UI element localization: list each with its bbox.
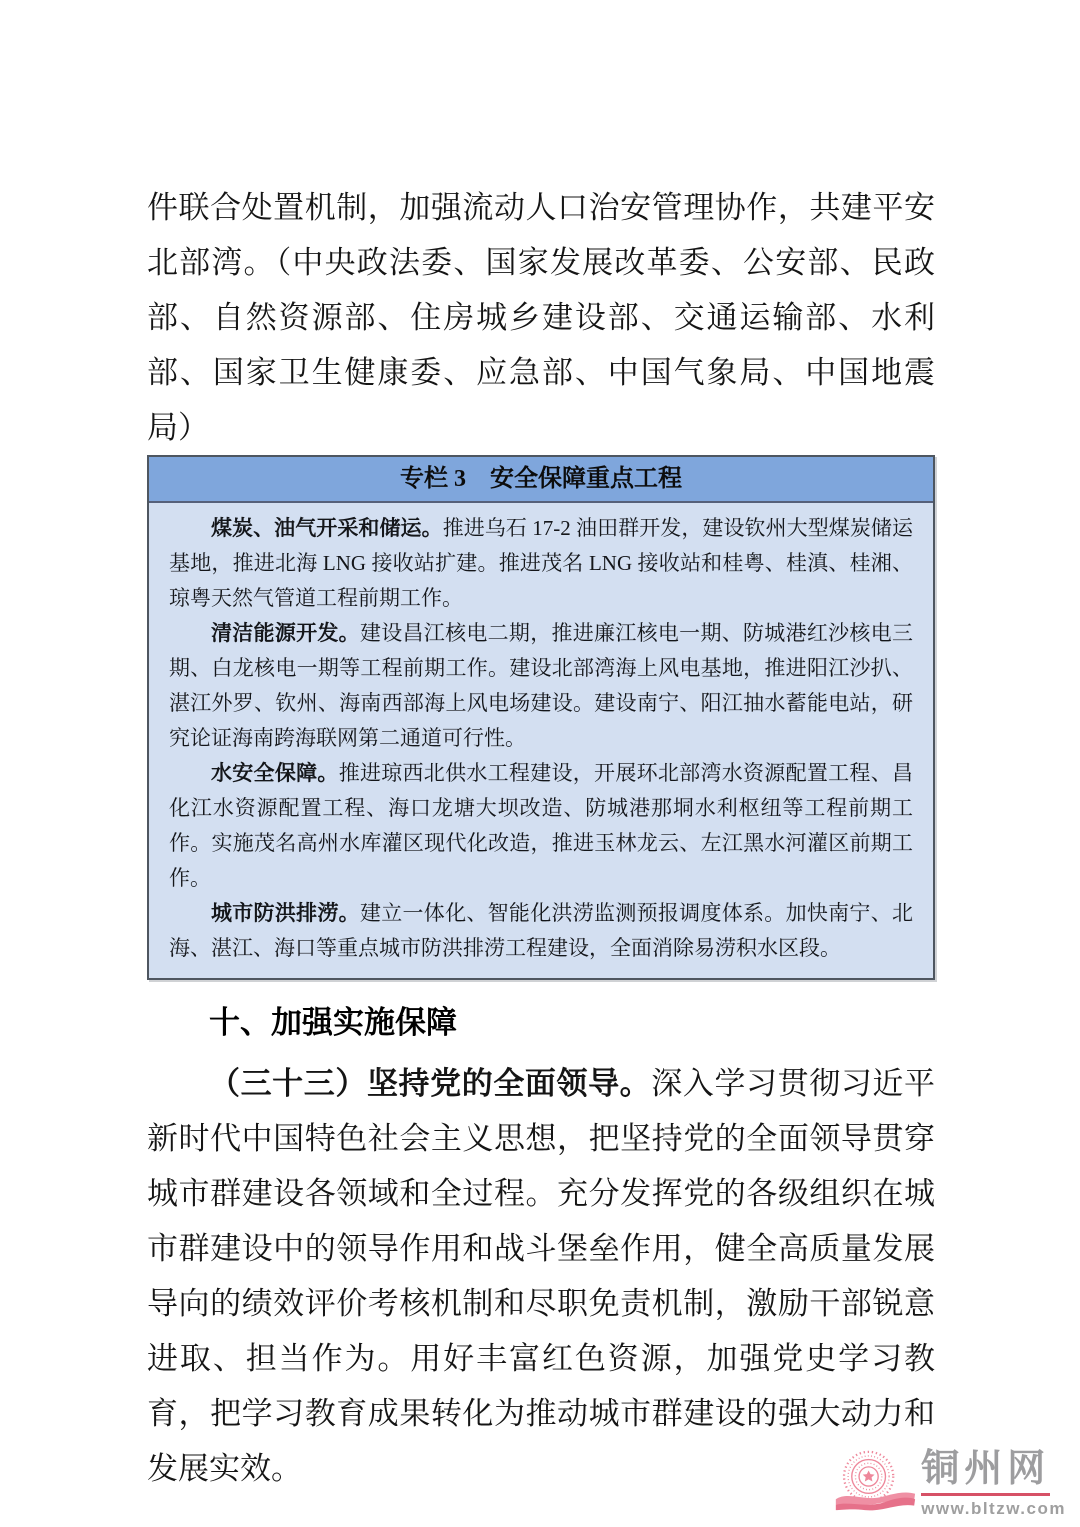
highlight-box-title: 专栏 3 安全保障重点工程 [149, 457, 933, 503]
box-paragraph-coal-oil-gas: 煤炭、油气开采和储运。推进乌石 17-2 油田群开发，建设钦州大型煤炭储运基地，… [169, 511, 913, 616]
highlight-box-safety-projects: 专栏 3 安全保障重点工程 煤炭、油气开采和储运。推进乌石 17-2 油田群开发… [147, 455, 935, 980]
intro-paragraph: 件联合处置机制，加强流动人口治安管理协作，共建平安北部湾。（中央政法委、国家发展… [147, 180, 935, 455]
closing-paragraph-text: 深入学习贯彻习近平新时代中国特色社会主义思想，把坚持党的全面领导贯穿城市群建设各… [147, 1066, 935, 1486]
watermark-site-url: www.bltzw.com [921, 1498, 1066, 1519]
site-watermark: 铜州网 www.bltzw.com [834, 1448, 1066, 1519]
box-paragraph-lead: 城市防洪排涝。 [211, 901, 360, 925]
document-page-content: 件联合处置机制，加强流动人口治安管理协作，共建平安北部湾。（中央政法委、国家发展… [147, 180, 935, 1496]
box-paragraph-lead: 水安全保障。 [211, 761, 339, 785]
closing-paragraph: （三十三）坚持党的全面领导。深入学习贯彻习近平新时代中国特色社会主义思想，把坚持… [147, 1056, 935, 1496]
box-paragraph-lead: 清洁能源开发。 [211, 621, 360, 645]
emblem-logo-icon [834, 1448, 916, 1519]
highlight-box-body: 煤炭、油气开采和储运。推进乌石 17-2 油田群开发，建设钦州大型煤炭储运基地，… [149, 503, 933, 978]
watermark-text-block: 铜州网 www.bltzw.com [921, 1448, 1066, 1519]
box-paragraph-lead: 煤炭、油气开采和储运。 [211, 516, 443, 540]
box-paragraph-flood-control: 城市防洪排涝。建立一体化、智能化洪涝监测预报调度体系。加快南宁、北海、湛江、海口… [169, 896, 913, 966]
section-heading: 十、加强实施保障 [209, 1002, 935, 1044]
box-paragraph-water-security: 水安全保障。推进琼西北供水工程建设，开展环北部湾水资源配置工程、昌化江水资源配置… [169, 756, 913, 896]
closing-paragraph-lead: （三十三）坚持党的全面领导。 [209, 1066, 651, 1101]
watermark-site-name: 铜州网 [921, 1448, 1050, 1496]
box-paragraph-clean-energy: 清洁能源开发。建设昌江核电二期，推进廉江核电一期、防城港红沙核电三期、白龙核电一… [169, 616, 913, 756]
